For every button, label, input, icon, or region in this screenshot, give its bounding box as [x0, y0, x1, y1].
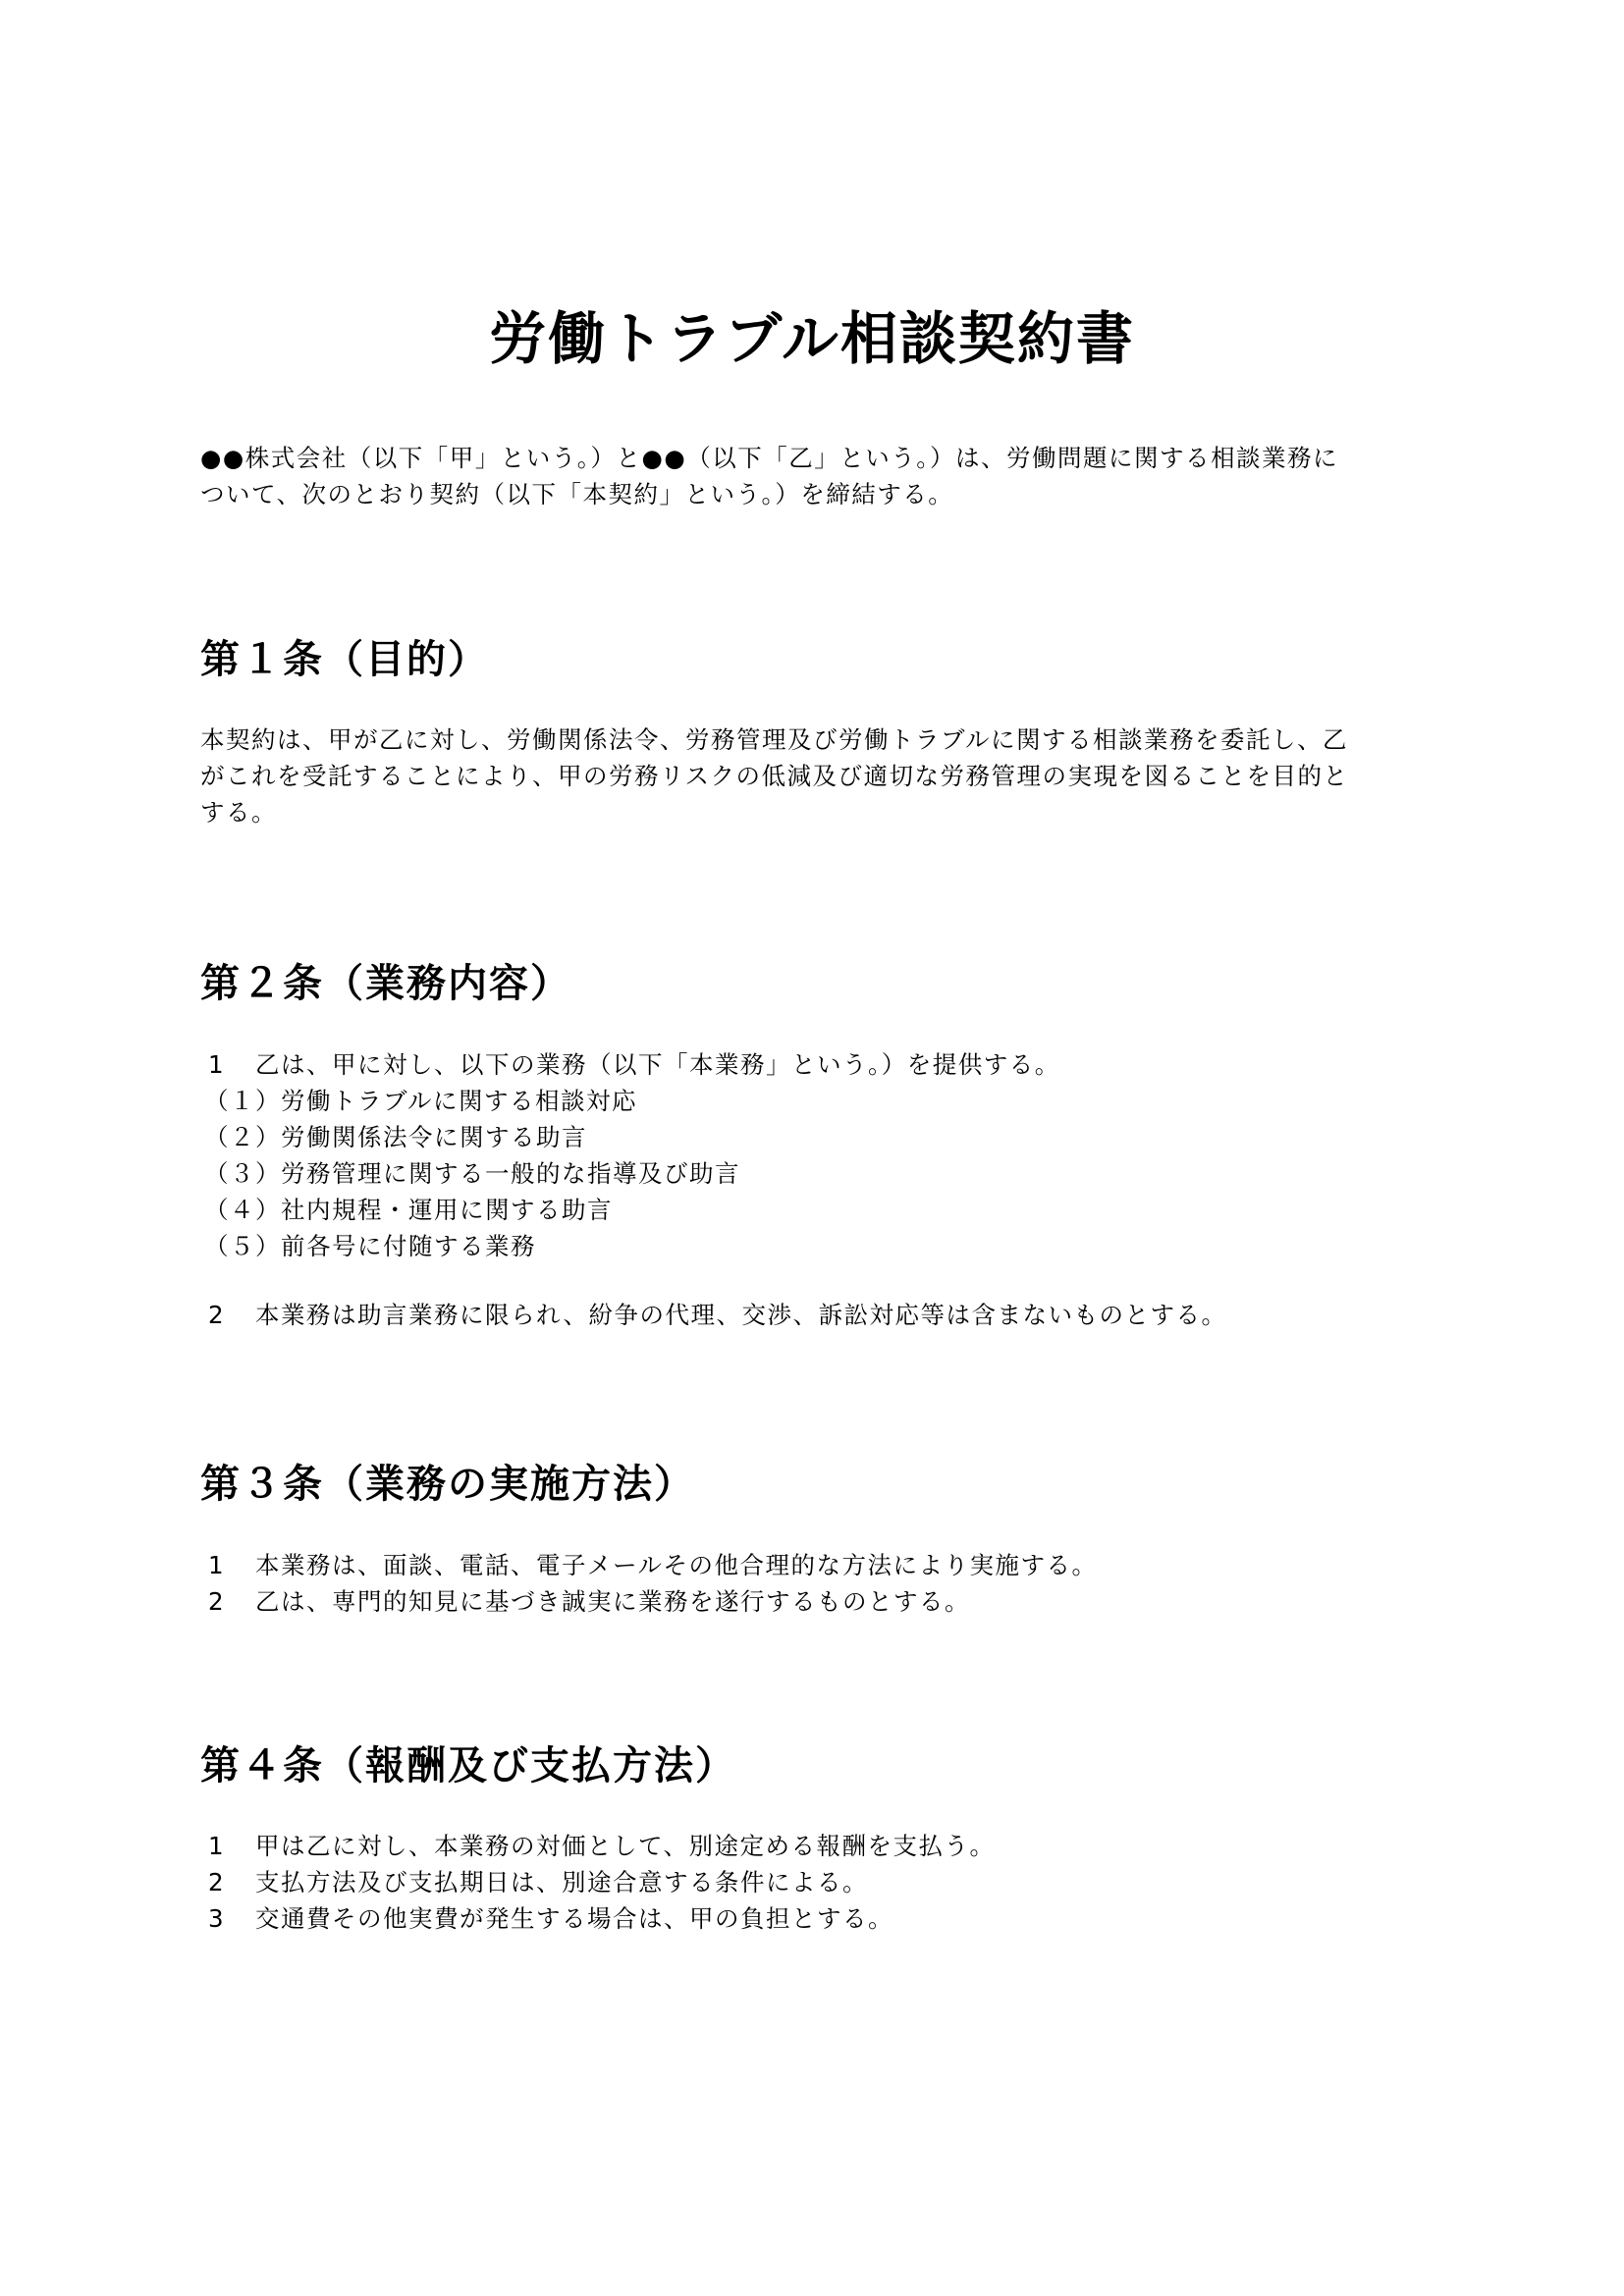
- clause-text: 本業務は助言業務に限られ、紛争の代理、交渉、訴訟対応等は含まないものとする。: [255, 1297, 1226, 1333]
- item-text: 前各号に付随する業務: [281, 1228, 536, 1264]
- clause: 1 本業務は、面談、電話、電子メールその他合理的な方法により実施する。: [200, 1547, 1447, 1583]
- list-item: （３） 労務管理に関する一般的な指導及び助言: [200, 1155, 1447, 1192]
- preamble-line: ついて、次のとおり契約（以下「本契約」という。）を締結する。: [200, 476, 1447, 512]
- item-text: 労務管理に関する一般的な指導及び助言: [281, 1155, 740, 1192]
- article-2-heading: 第２条（業務内容）: [200, 960, 571, 1007]
- clause-text: 乙は、専門的知見に基づき誠実に業務を遂行するものとする。: [255, 1583, 970, 1620]
- article-3-body: 1 本業務は、面談、電話、電子メールその他合理的な方法により実施する。 2 乙は…: [200, 1547, 1447, 1620]
- list-item: （１） 労働トラブルに関する相談対応: [200, 1083, 1447, 1119]
- item-number: （３）: [204, 1155, 281, 1192]
- clause-text: 交通費その他実費が発生する場合は、甲の負担とする。: [255, 1900, 893, 1937]
- article-4-body: 1 甲は乙に対し、本業務の対価として、別途定める報酬を支払う。 2 支払方法及び…: [200, 1828, 1447, 1937]
- clause-number: 2: [200, 1864, 255, 1900]
- list-item: （４） 社内規程・運用に関する助言: [200, 1192, 1447, 1228]
- clause-number: 2: [200, 1297, 255, 1333]
- clause-number: 3: [200, 1900, 255, 1937]
- paragraph-line: する。: [200, 794, 1447, 830]
- clause: 2 支払方法及び支払期日は、別途合意する条件による。: [200, 1864, 1447, 1900]
- list-item: （２） 労働関係法令に関する助言: [200, 1119, 1447, 1155]
- item-text: 労働トラブルに関する相談対応: [281, 1083, 637, 1119]
- paragraph-line: がこれを受託することにより、甲の労務リスクの低減及び適切な労務管理の実現を図るこ…: [200, 758, 1447, 794]
- spacer: [200, 1264, 1447, 1297]
- clause: 1 乙は、甲に対し、以下の業務（以下「本業務」という。）を提供する。: [200, 1046, 1447, 1083]
- clause: 2 本業務は助言業務に限られ、紛争の代理、交渉、訴訟対応等は含まないものとする。: [200, 1297, 1447, 1333]
- item-number: （１）: [204, 1083, 281, 1119]
- clause-text: 支払方法及び支払期日は、別途合意する条件による。: [255, 1864, 868, 1900]
- article-1-heading: 第１条（目的）: [200, 636, 489, 683]
- item-text: 社内規程・運用に関する助言: [281, 1192, 613, 1228]
- document-title: 労働トラブル相談契約書: [0, 305, 1624, 374]
- preamble-line: ●●株式会社（以下「甲」という。）と●●（以下「乙」という。）は、労働問題に関す…: [200, 440, 1447, 476]
- article-2-body: 1 乙は、甲に対し、以下の業務（以下「本業務」という。）を提供する。 （１） 労…: [200, 1046, 1447, 1333]
- article-1-body: 本契約は、甲が乙に対し、労働関係法令、労務管理及び労働トラブルに関する相談業務を…: [200, 721, 1447, 830]
- item-number: （５）: [204, 1228, 281, 1264]
- clause-text: 甲は乙に対し、本業務の対価として、別途定める報酬を支払う。: [255, 1828, 996, 1864]
- list-item: （５） 前各号に付随する業務: [200, 1228, 1447, 1264]
- item-number: （４）: [204, 1192, 281, 1228]
- clause: 1 甲は乙に対し、本業務の対価として、別途定める報酬を支払う。: [200, 1828, 1447, 1864]
- preamble: ●●株式会社（以下「甲」という。）と●●（以下「乙」という。）は、労働問題に関す…: [200, 440, 1447, 512]
- clause-number: 1: [200, 1547, 255, 1583]
- item-number: （２）: [204, 1119, 281, 1155]
- clause-text: 本業務は、面談、電話、電子メールその他合理的な方法により実施する。: [255, 1547, 1098, 1583]
- clause-number: 1: [200, 1828, 255, 1864]
- article-4-heading: 第４条（報酬及び支払方法）: [200, 1742, 736, 1789]
- clause: 2 乙は、専門的知見に基づき誠実に業務を遂行するものとする。: [200, 1583, 1447, 1620]
- document-page: 労働トラブル相談契約書 ●●株式会社（以下「甲」という。）と●●（以下「乙」とい…: [0, 0, 1624, 2296]
- article-3-heading: 第３条（業務の実施方法）: [200, 1461, 695, 1508]
- item-text: 労働関係法令に関する助言: [281, 1119, 587, 1155]
- clause-number: 2: [200, 1583, 255, 1620]
- clause-number: 1: [200, 1046, 255, 1083]
- clause-text: 乙は、甲に対し、以下の業務（以下「本業務」という。）を提供する。: [255, 1046, 1060, 1083]
- paragraph-line: 本契約は、甲が乙に対し、労働関係法令、労務管理及び労働トラブルに関する相談業務を…: [200, 721, 1447, 758]
- clause: 3 交通費その他実費が発生する場合は、甲の負担とする。: [200, 1900, 1447, 1937]
